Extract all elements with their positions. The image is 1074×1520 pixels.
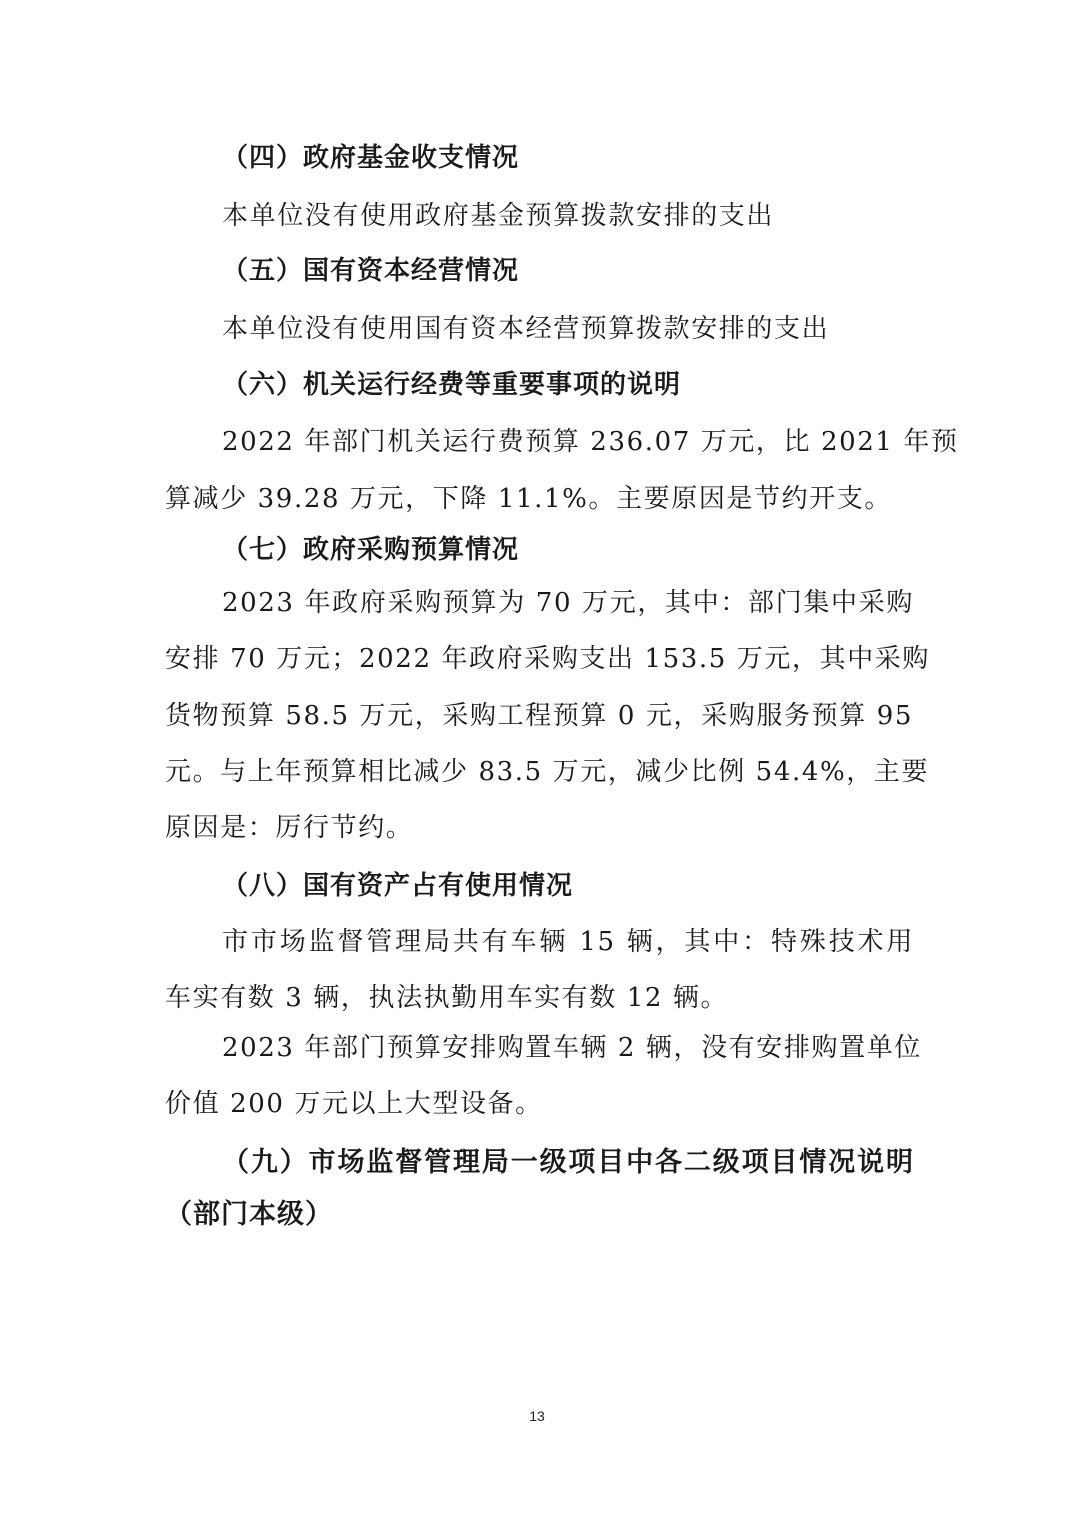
paragraph-line: 2022 年部门机关运行费预算 236.07 万元，比 2021 年预 xyxy=(222,427,914,457)
paragraph-line: 算减少 39.28 万元，下降 11.1%。主要原因是节约开支。 xyxy=(165,484,913,514)
paragraph-line: 安排 70 万元；2022 年政府采购支出 153.5 万元，其中采购 xyxy=(165,644,913,674)
paragraph-line: 货物预算 58.5 万元，采购工程预算 0 元，采购服务预算 95 xyxy=(165,701,913,731)
section-heading-8: （八）国有资产占有使用情况 xyxy=(222,871,914,901)
paragraph-line: 车实有数 3 辆，执法执勤用车实有数 12 辆。 xyxy=(165,983,913,1013)
paragraph-line: 2023 年部门预算安排购置车辆 2 辆，没有安排购置单位 xyxy=(222,1033,914,1063)
paragraph-line: 市市场监督管理局共有车辆 15 辆，其中：特殊技术用 xyxy=(222,927,914,957)
section-heading-9-continued: （部门本级） xyxy=(165,1200,913,1230)
section-heading-5: （五）国有资本经营情况 xyxy=(222,256,914,286)
document-page: （四）政府基金收支情况 本单位没有使用政府基金预算拨款安排的支出 （五）国有资本… xyxy=(0,0,1074,1520)
paragraph-line: 价值 200 万元以上大型设备。 xyxy=(165,1089,913,1119)
section-heading-7: （七）政府采购预算情况 xyxy=(222,535,914,565)
paragraph-line: 原因是：厉行节约。 xyxy=(165,813,913,843)
section-heading-9: （九）市场监督管理局一级项目中各二级项目情况说明 xyxy=(222,1148,914,1178)
paragraph-line: 元。与上年预算相比减少 83.5 万元，减少比例 54.4%，主要 xyxy=(165,757,913,787)
paragraph-line: 本单位没有使用政府基金预算拨款安排的支出 xyxy=(222,201,914,231)
page-number: 13 xyxy=(0,1408,1074,1424)
section-heading-6: （六）机关运行经费等重要事项的说明 xyxy=(222,370,914,400)
section-heading-4: （四）政府基金收支情况 xyxy=(222,143,914,173)
paragraph-line: 2023 年政府采购预算为 70 万元，其中：部门集中采购 xyxy=(222,588,914,618)
paragraph-line: 本单位没有使用国有资本经营预算拨款安排的支出 xyxy=(222,314,914,344)
